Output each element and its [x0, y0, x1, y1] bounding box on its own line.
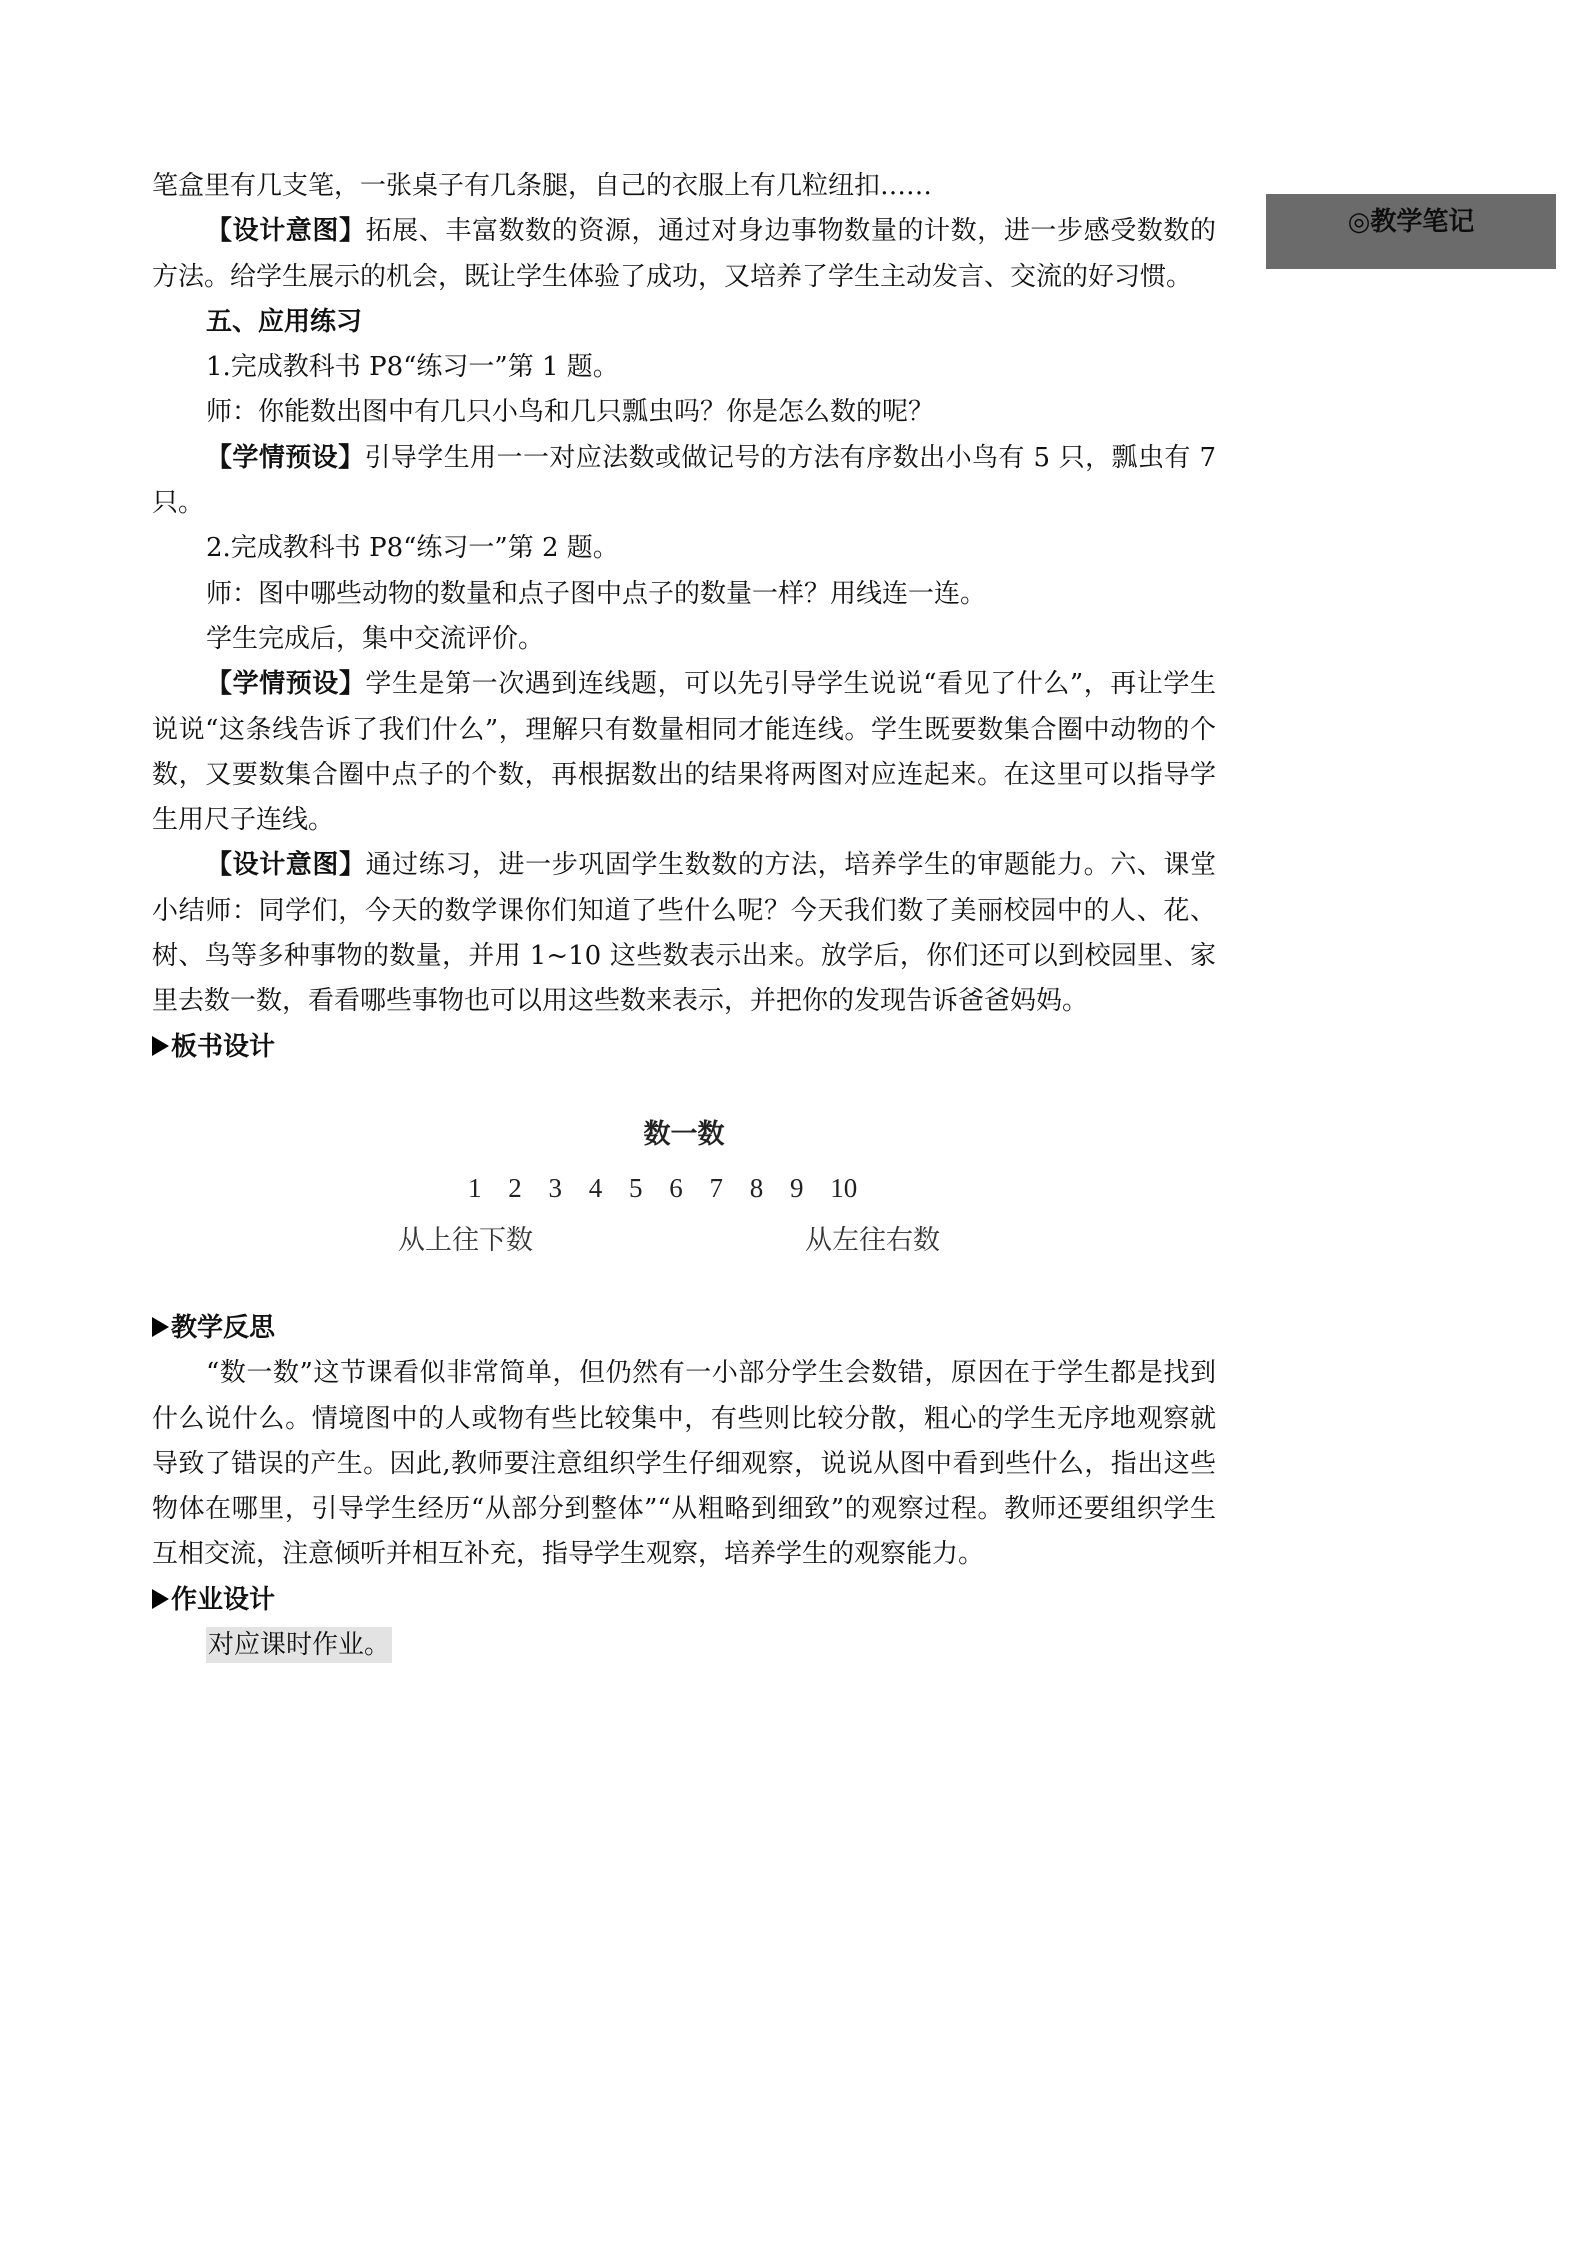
triangle-bullet-icon: [152, 1317, 169, 1337]
board-number: 4: [589, 1166, 603, 1211]
learning-preset-tag: 【学情预设】: [206, 443, 364, 473]
board-number: 6: [669, 1166, 683, 1211]
board-design-heading: 板书设计: [152, 1025, 1216, 1070]
student-evaluation: 学生完成后，集中交流评价。: [152, 617, 1216, 662]
teacher-question-2: 师：图中哪些动物的数量和点子图中点子的数量一样？用线连一连。: [152, 572, 1216, 617]
exercise-item-2: 2.完成教科书 P8“练习一”第 2 题。: [152, 526, 1216, 571]
board-number: 2: [508, 1166, 522, 1211]
homework-heading-text: 作业设计: [171, 1585, 275, 1615]
design-intent-tag: 【设计意图】: [206, 216, 366, 246]
reflection-paragraph: “数一数”这节课看似非常简单，但仍然有一小部分学生会数错，原因在于学生都是找到什…: [152, 1351, 1216, 1577]
homework-text: 对应课时作业。: [206, 1627, 392, 1663]
design-intent-tag: 【设计意图】: [206, 850, 366, 880]
design-intent-paragraph-1: 【设计意图】拓展、丰富数数的资源，通过对身边事物数量的计数，进一步感受数数的方法…: [152, 209, 1216, 300]
reflection-heading-text: 教学反思: [171, 1313, 275, 1343]
reflection-heading: 教学反思: [152, 1306, 1216, 1351]
board-number: 8: [750, 1166, 764, 1211]
board-design-figure: 数一数 1 2 3 4 5 6 7 8 9 10 从上往下数 从左往右数: [152, 1070, 1216, 1306]
triangle-bullet-icon: [152, 1036, 169, 1056]
board-number: 1: [468, 1166, 482, 1211]
teaching-notes-label: ◎教学笔记: [1266, 194, 1556, 269]
board-design-heading-text: 板书设计: [171, 1032, 275, 1062]
section-five-heading: 五、应用练习: [152, 300, 1216, 345]
teaching-notes-text: ◎教学笔记: [1348, 207, 1475, 237]
board-number: 9: [790, 1166, 804, 1211]
lesson-plan-body: 笔盒里有几支笔，一张桌子有几条腿，自己的衣服上有几粒纽扣…… 【设计意图】拓展、…: [152, 164, 1216, 1668]
learning-preset-tag: 【学情预设】: [206, 669, 365, 699]
board-left-label: 从上往下数: [398, 1218, 533, 1263]
board-right-label: 从左往右数: [805, 1218, 940, 1263]
board-number: 10: [830, 1166, 857, 1211]
intro-paragraph: 笔盒里有几支笔，一张桌子有几条腿，自己的衣服上有几粒纽扣……: [152, 164, 1216, 209]
board-number-row: 1 2 3 4 5 6 7 8 9 10: [468, 1166, 877, 1211]
design-intent-paragraph-2: 【设计意图】通过练习，进一步巩固学生数数的方法，培养学生的审题能力。六、课堂小结…: [152, 843, 1216, 1024]
homework-paragraph: 对应课时作业。: [152, 1623, 1216, 1668]
homework-heading: 作业设计: [152, 1578, 1216, 1623]
board-title: 数一数: [152, 1112, 1216, 1157]
teacher-question-1: 师：你能数出图中有几只小鸟和几只瓢虫吗？你是怎么数的呢？: [152, 390, 1216, 435]
board-number: 5: [629, 1166, 643, 1211]
learning-preset-paragraph-2: 【学情预设】学生是第一次遇到连线题，可以先引导学生说说“看见了什么”，再让学生说…: [152, 662, 1216, 843]
board-number: 3: [549, 1166, 563, 1211]
board-number: 7: [710, 1166, 724, 1211]
triangle-bullet-icon: [152, 1589, 169, 1609]
learning-preset-paragraph-1: 【学情预设】引导学生用一一对应法数或做记号的方法有序数出小鸟有 5 只，瓢虫有 …: [152, 436, 1216, 527]
exercise-item-1: 1.完成教科书 P8“练习一”第 1 题。: [152, 345, 1216, 390]
